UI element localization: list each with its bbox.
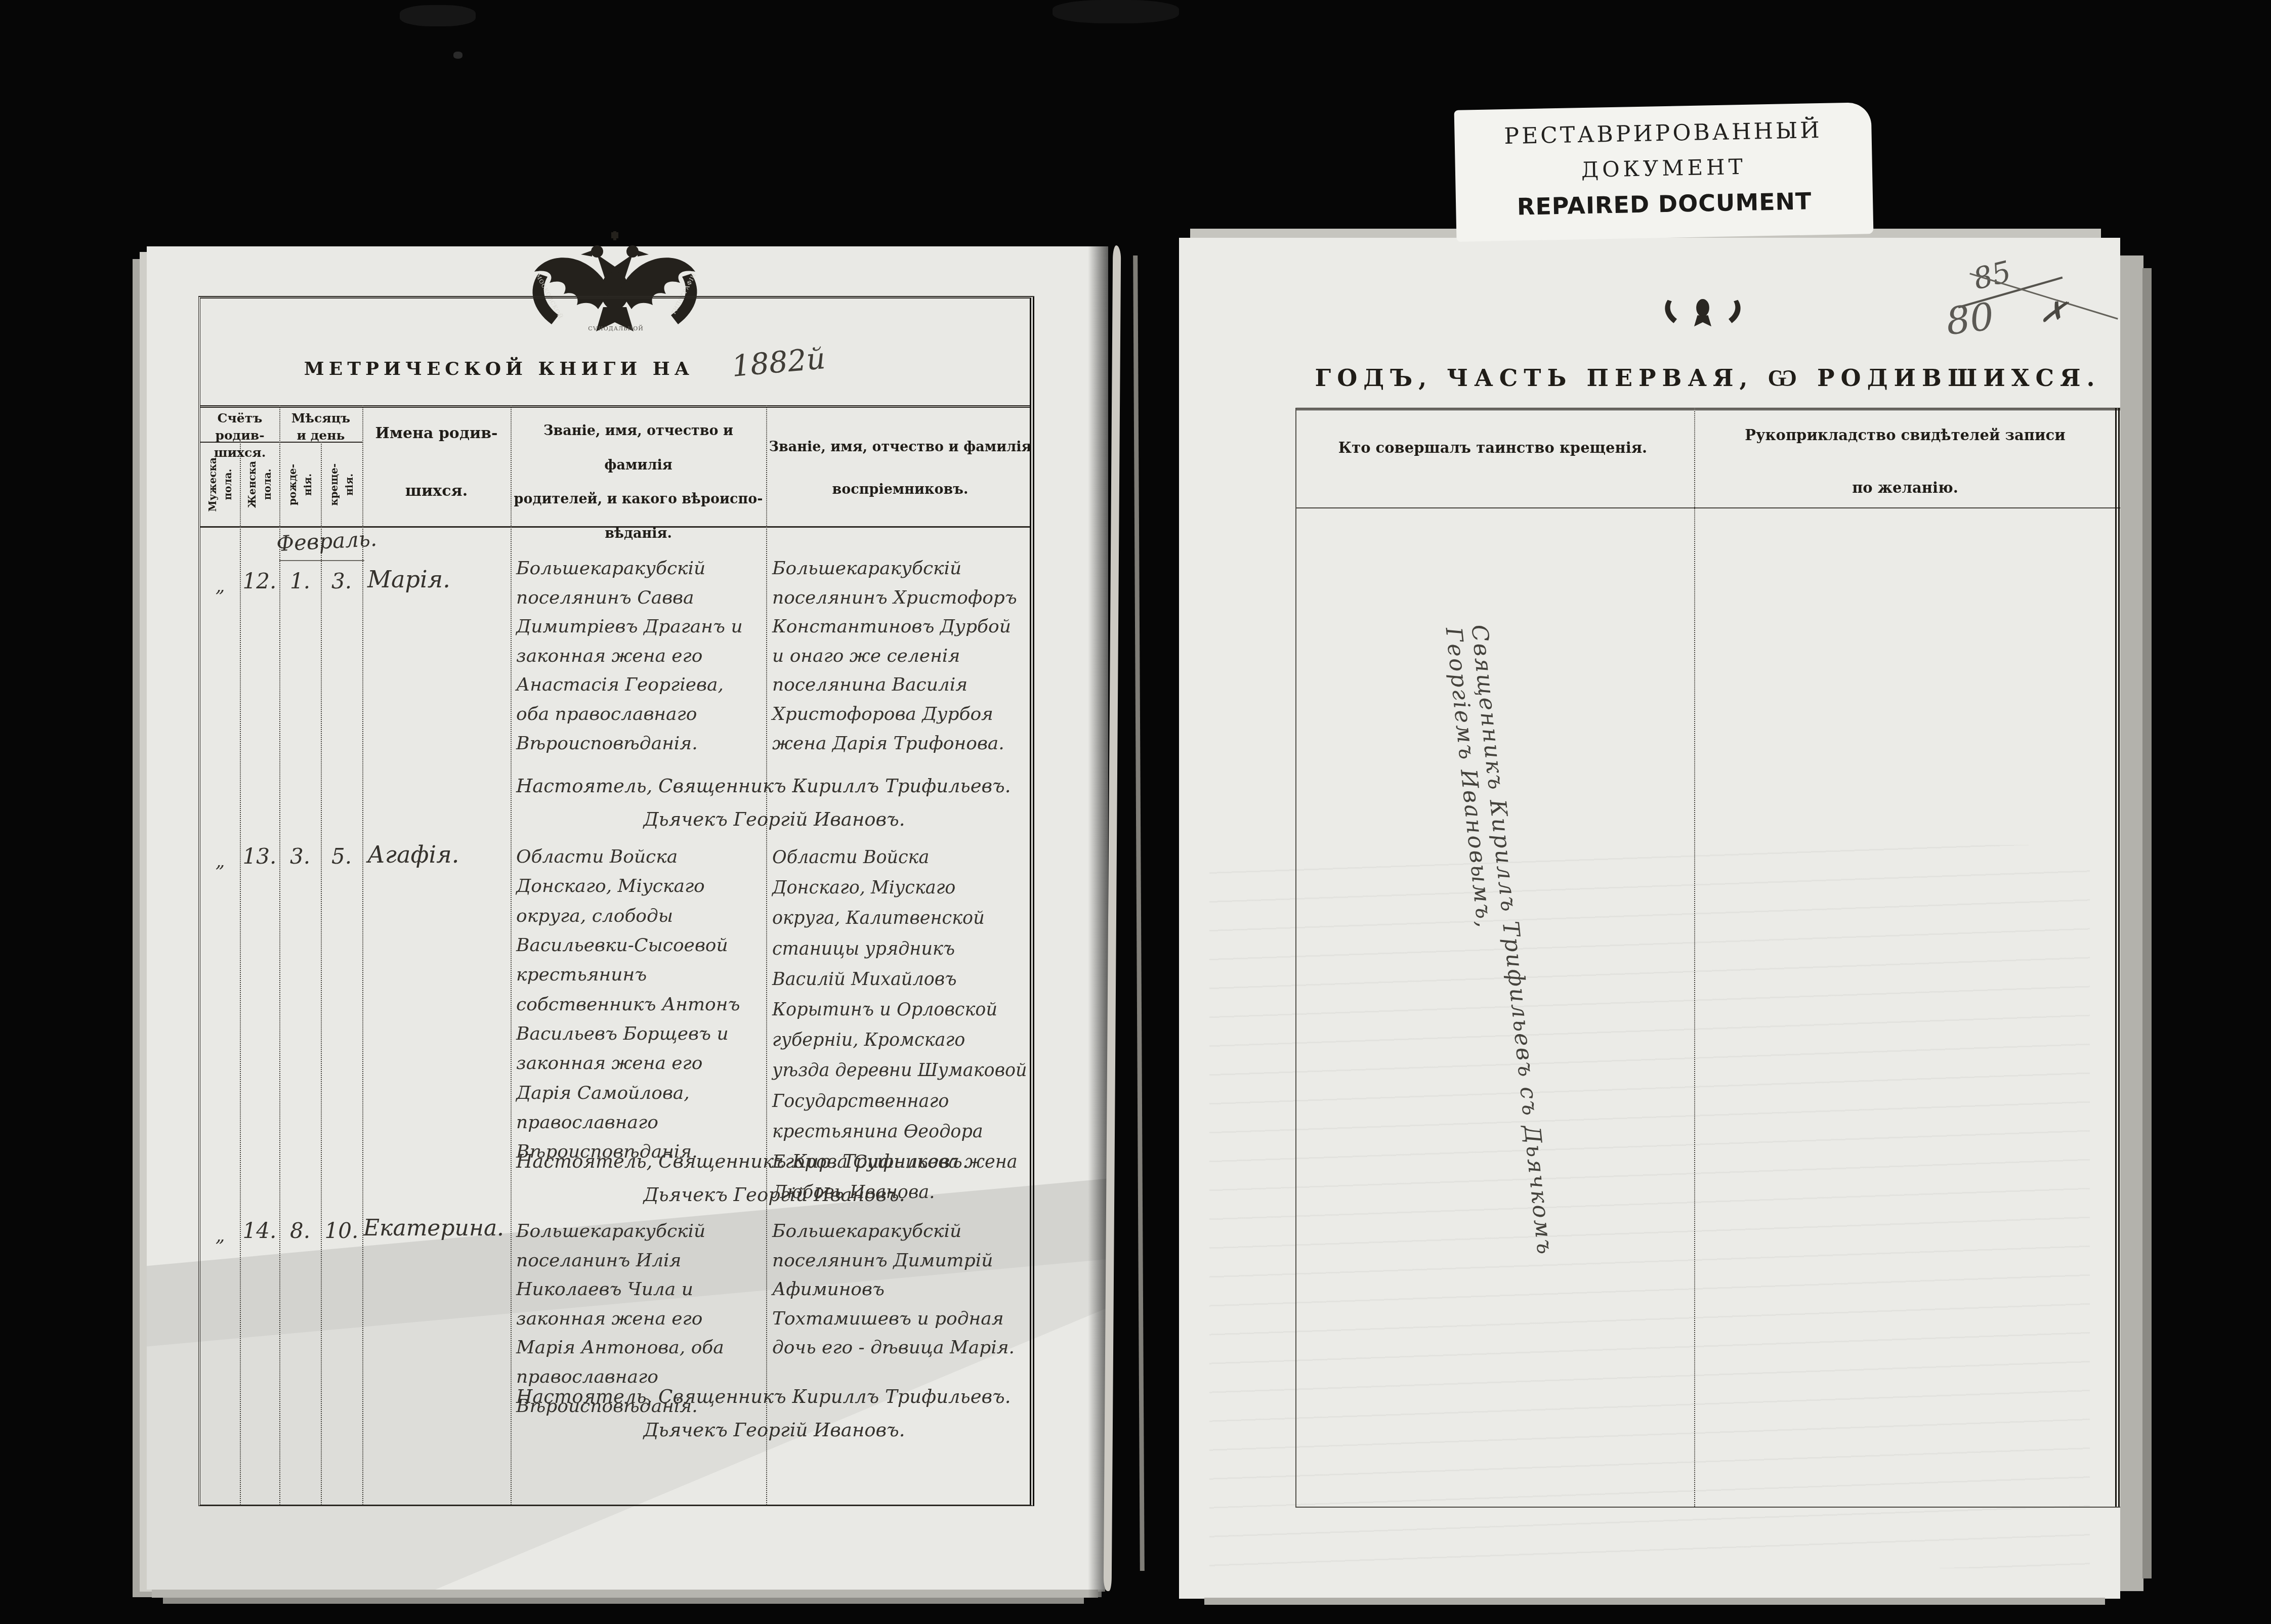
book-title-year: 1882й bbox=[730, 341, 826, 383]
book-title: МЕТРИЧЕСКОЙ КНИГИ НА bbox=[302, 358, 696, 379]
cell-born-day: 3. bbox=[279, 844, 321, 869]
cell-born-day: 8. bbox=[279, 1218, 321, 1243]
page-stack-edge bbox=[152, 1590, 1098, 1598]
cell-male-count: „ bbox=[200, 576, 240, 596]
header-parents: Званіе, имя, отчество и фамилія родителе… bbox=[511, 414, 766, 550]
table-line bbox=[511, 405, 512, 1505]
cell-born-day: 1. bbox=[279, 569, 321, 593]
table-line bbox=[1295, 1507, 2120, 1508]
cell-clerk: Дьячекъ Георгій Ивановъ. bbox=[567, 1419, 982, 1441]
folio-number: 80 bbox=[1944, 295, 1996, 344]
film-speck bbox=[453, 52, 462, 59]
table-line bbox=[362, 405, 363, 1505]
table-line bbox=[240, 442, 241, 1505]
cell-name: Марія. bbox=[367, 566, 509, 593]
cell-baptized-day: 10. bbox=[321, 1218, 362, 1243]
cell-clerk: Дьячекъ Георгій Ивановъ. bbox=[567, 1184, 982, 1206]
page-stack-edge bbox=[2119, 255, 2143, 1591]
scanned-document-photo: МОСКОВСКОЙ СѴНОДАЛЬНОЙ ТИПОГРАФІИ МЕТРИЧ… bbox=[0, 0, 2271, 1624]
repair-card-ru-line2: ДОКУМЕНТ bbox=[1455, 152, 1872, 185]
folio-mark: ✗ bbox=[2038, 292, 2069, 332]
cell-record-number: 13. bbox=[240, 844, 279, 869]
cell-record-number: 14. bbox=[240, 1218, 279, 1243]
table-line bbox=[766, 405, 767, 1505]
torn-edge bbox=[1133, 255, 1145, 1571]
page-stack-edge bbox=[1204, 1598, 2105, 1605]
cell-male-count: „ bbox=[200, 1225, 240, 1246]
cell-godparents: Большекаракубскій поселянинъ Христофоръ … bbox=[772, 554, 1028, 758]
cell-record-number: 12. bbox=[240, 569, 279, 593]
page-stack-edge bbox=[163, 1598, 1084, 1604]
header-names: Имена родив- шихся. bbox=[362, 419, 511, 505]
header-officiant: Кто совершалъ таинство крещенія. bbox=[1306, 439, 1680, 456]
header-count-male: Мужеска пола. bbox=[200, 444, 240, 525]
page-stack-edge bbox=[2142, 268, 2152, 1578]
month-underline bbox=[279, 560, 364, 561]
repair-card: РЕСТАВРИРОВАННЫЙ ДОКУМЕНТ REPAIRED DOCUM… bbox=[1454, 102, 1874, 242]
cell-clergy: Настоятель, Священникъ Кир. Трифильевъ. bbox=[516, 1150, 1032, 1172]
left-page: МОСКОВСКОЙ СѴНОДАЛЬНОЙ ТИПОГРАФІИ МЕТРИЧ… bbox=[147, 246, 1108, 1590]
synodal-eagle-partial bbox=[1660, 294, 1746, 331]
cell-name: Екатерина. bbox=[363, 1215, 510, 1241]
header-godparents: Званіе, имя, отчество и фамилія воспріем… bbox=[766, 426, 1034, 510]
double-headed-eagle-icon bbox=[1660, 294, 1746, 330]
officiant-inscription: Священникъ Кириллъ Трифильевъ съ Дьячком… bbox=[1441, 623, 1572, 1393]
cell-parents: Большекаракубскій поселянинъ Савва Димит… bbox=[516, 554, 762, 758]
cell-clerk: Дьячекъ Георгій Ивановъ. bbox=[567, 808, 982, 830]
table-line bbox=[1295, 507, 2120, 508]
header-date-born: рожде- нія. bbox=[279, 444, 321, 525]
cell-clergy: Настоятель, Священникъ Кириллъ Трифильев… bbox=[516, 775, 1032, 797]
header-date-baptized: креще- нія. bbox=[321, 444, 362, 525]
faint-ruling bbox=[1209, 845, 2090, 1568]
cell-parents: Области Войска Донскаго, Міускаго округа… bbox=[516, 842, 762, 1167]
month-label: Февраль. bbox=[276, 526, 378, 556]
repair-card-en-line: REPAIRED DOCUMENT bbox=[1456, 186, 1873, 222]
table-line bbox=[1295, 408, 2120, 410]
cell-male-count: „ bbox=[200, 851, 240, 872]
repair-card-ru-line1: РЕСТАВРИРОВАННЫЙ bbox=[1454, 116, 1872, 150]
cell-godparents: Большекаракубскій поселянинъ Димитрій Аф… bbox=[772, 1217, 1028, 1362]
cell-clergy: Настоятель, Священникъ Кириллъ Трифильев… bbox=[516, 1386, 1032, 1407]
header-witnesses: Рукоприкладство свидѣтелей записи по жел… bbox=[1705, 422, 2105, 501]
cell-name: Агафія. bbox=[367, 841, 509, 868]
cell-baptized-day: 3. bbox=[321, 569, 362, 593]
table-line bbox=[1295, 408, 1296, 1507]
table-line bbox=[200, 405, 1030, 408]
cell-baptized-day: 5. bbox=[321, 844, 362, 869]
metrical-table: МЕТРИЧЕСКОЙ КНИГИ НА 1882й Счётъ родив- … bbox=[198, 296, 1034, 1506]
table-line bbox=[321, 442, 322, 1505]
film-speck bbox=[1053, 0, 1179, 23]
right-page: 85 80 ✗ ГОДЪ, ЧАСТЬ ПЕРВАЯ, Ѡ РОДИВШИХСЯ… bbox=[1179, 238, 2120, 1599]
film-speck bbox=[400, 5, 476, 26]
table-line bbox=[2115, 408, 2120, 1507]
table-line bbox=[1694, 408, 1695, 1507]
header-count-female: Женска пола. bbox=[240, 444, 279, 525]
header-date-group: Мѣсяцъ и день bbox=[279, 410, 362, 444]
right-page-title: ГОДЪ, ЧАСТЬ ПЕРВАЯ, Ѡ РОДИВШИХСЯ. bbox=[1295, 364, 2120, 392]
